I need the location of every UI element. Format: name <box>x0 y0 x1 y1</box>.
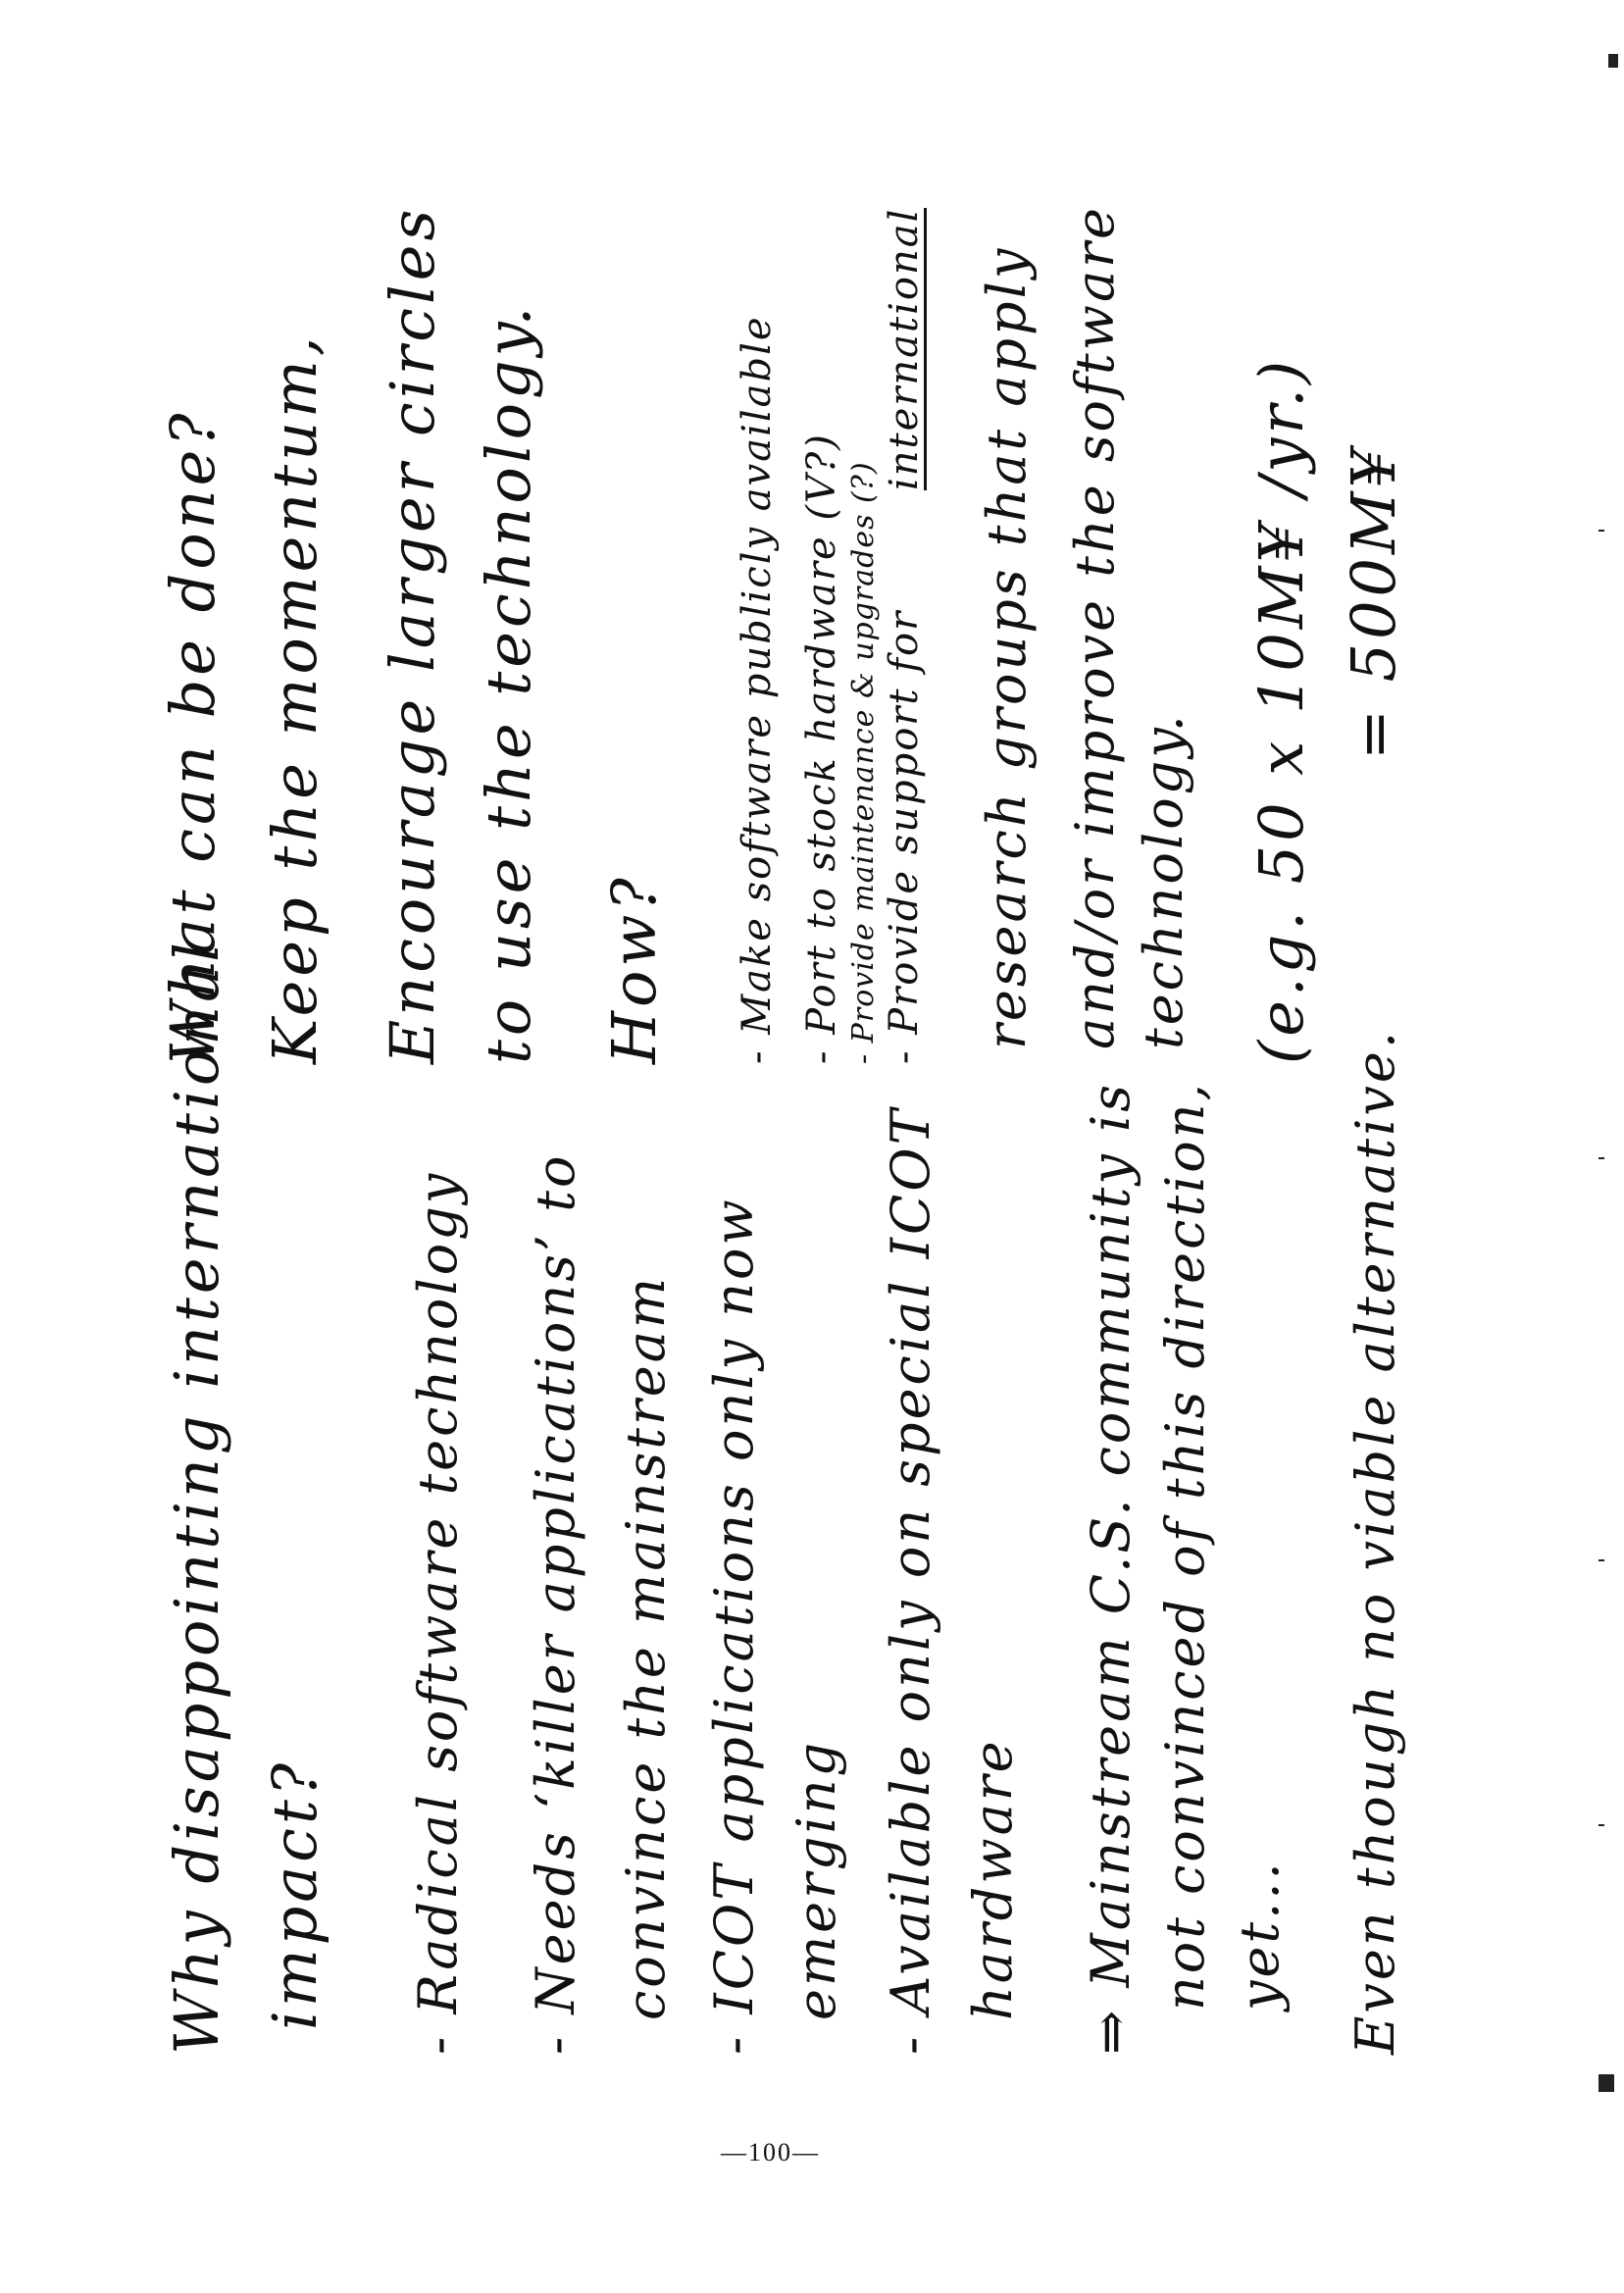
bullet-convince-mainstream: convince the mainstream <box>620 1275 673 2020</box>
technology-end: technology. <box>1138 712 1191 1049</box>
scan-mark <box>1599 2074 1614 2092</box>
scan-mark <box>1599 530 1604 532</box>
bullet-provide-support: - Provide support for <box>885 610 924 1064</box>
example-total: = 500M¥ <box>1344 445 1404 760</box>
conclusion-mainstream-cs: ⇒ Mainstream C.S. community is <box>1085 1082 1138 2055</box>
improve-software: and/or improve the software <box>1069 205 1122 1049</box>
bullet-killer-applications: - Needs ‘killer applications’ to <box>530 1153 583 2055</box>
example-cost: (e.g. 50 x 10M¥ /yr.) <box>1251 357 1312 1064</box>
keep-momentum: Keep the momentum, <box>265 332 326 1064</box>
encourage-larger-circles: Encourage larger circles <box>382 206 443 1064</box>
heading-how: How? <box>604 874 665 1064</box>
bullet-port-stock-hardware: - Port to stock hardware (V?) <box>802 433 841 1064</box>
scan-mark <box>1599 1157 1604 1159</box>
conclusion-not-convinced: not convinced of this direction, <box>1159 1081 1212 2011</box>
research-groups: research groups that apply <box>981 246 1034 1049</box>
bullet-icot-applications: - ICOT applications only now <box>708 1197 761 2055</box>
scanned-page: Why disappointing international impact? … <box>0 0 1624 2293</box>
bullet-maintenance-upgrades: - Provide maintenance & upgrades (?) <box>849 461 879 1064</box>
scan-mark <box>1608 54 1618 68</box>
conclusion-no-alternative: Even though no viable alternative. <box>1349 1029 1402 2055</box>
heading-impact: impact? <box>265 1759 326 2030</box>
conclusion-yet: yet... <box>1234 1860 1287 2011</box>
use-technology: to use the technology. <box>479 303 539 1064</box>
scan-mark <box>1599 1824 1604 1826</box>
bullet-hardware: hardware <box>967 1738 1020 2020</box>
bullet-available-special-hardware: - Available only on special ICOT <box>885 1106 938 2055</box>
page-number: —100— <box>721 2138 820 2167</box>
scan-mark <box>1599 1559 1604 1561</box>
bullet-radical-software: - Radical software technology <box>412 1171 465 2055</box>
underlined-international: international <box>885 208 927 490</box>
bullet-make-software-available: - Make software publicly available <box>737 315 777 1064</box>
heading-why-disappointing: Why disappointing international <box>167 939 228 2055</box>
heading-what-can-be-done: What can be done? <box>163 409 224 1064</box>
bullet-emerging: emerging <box>790 1740 843 2020</box>
